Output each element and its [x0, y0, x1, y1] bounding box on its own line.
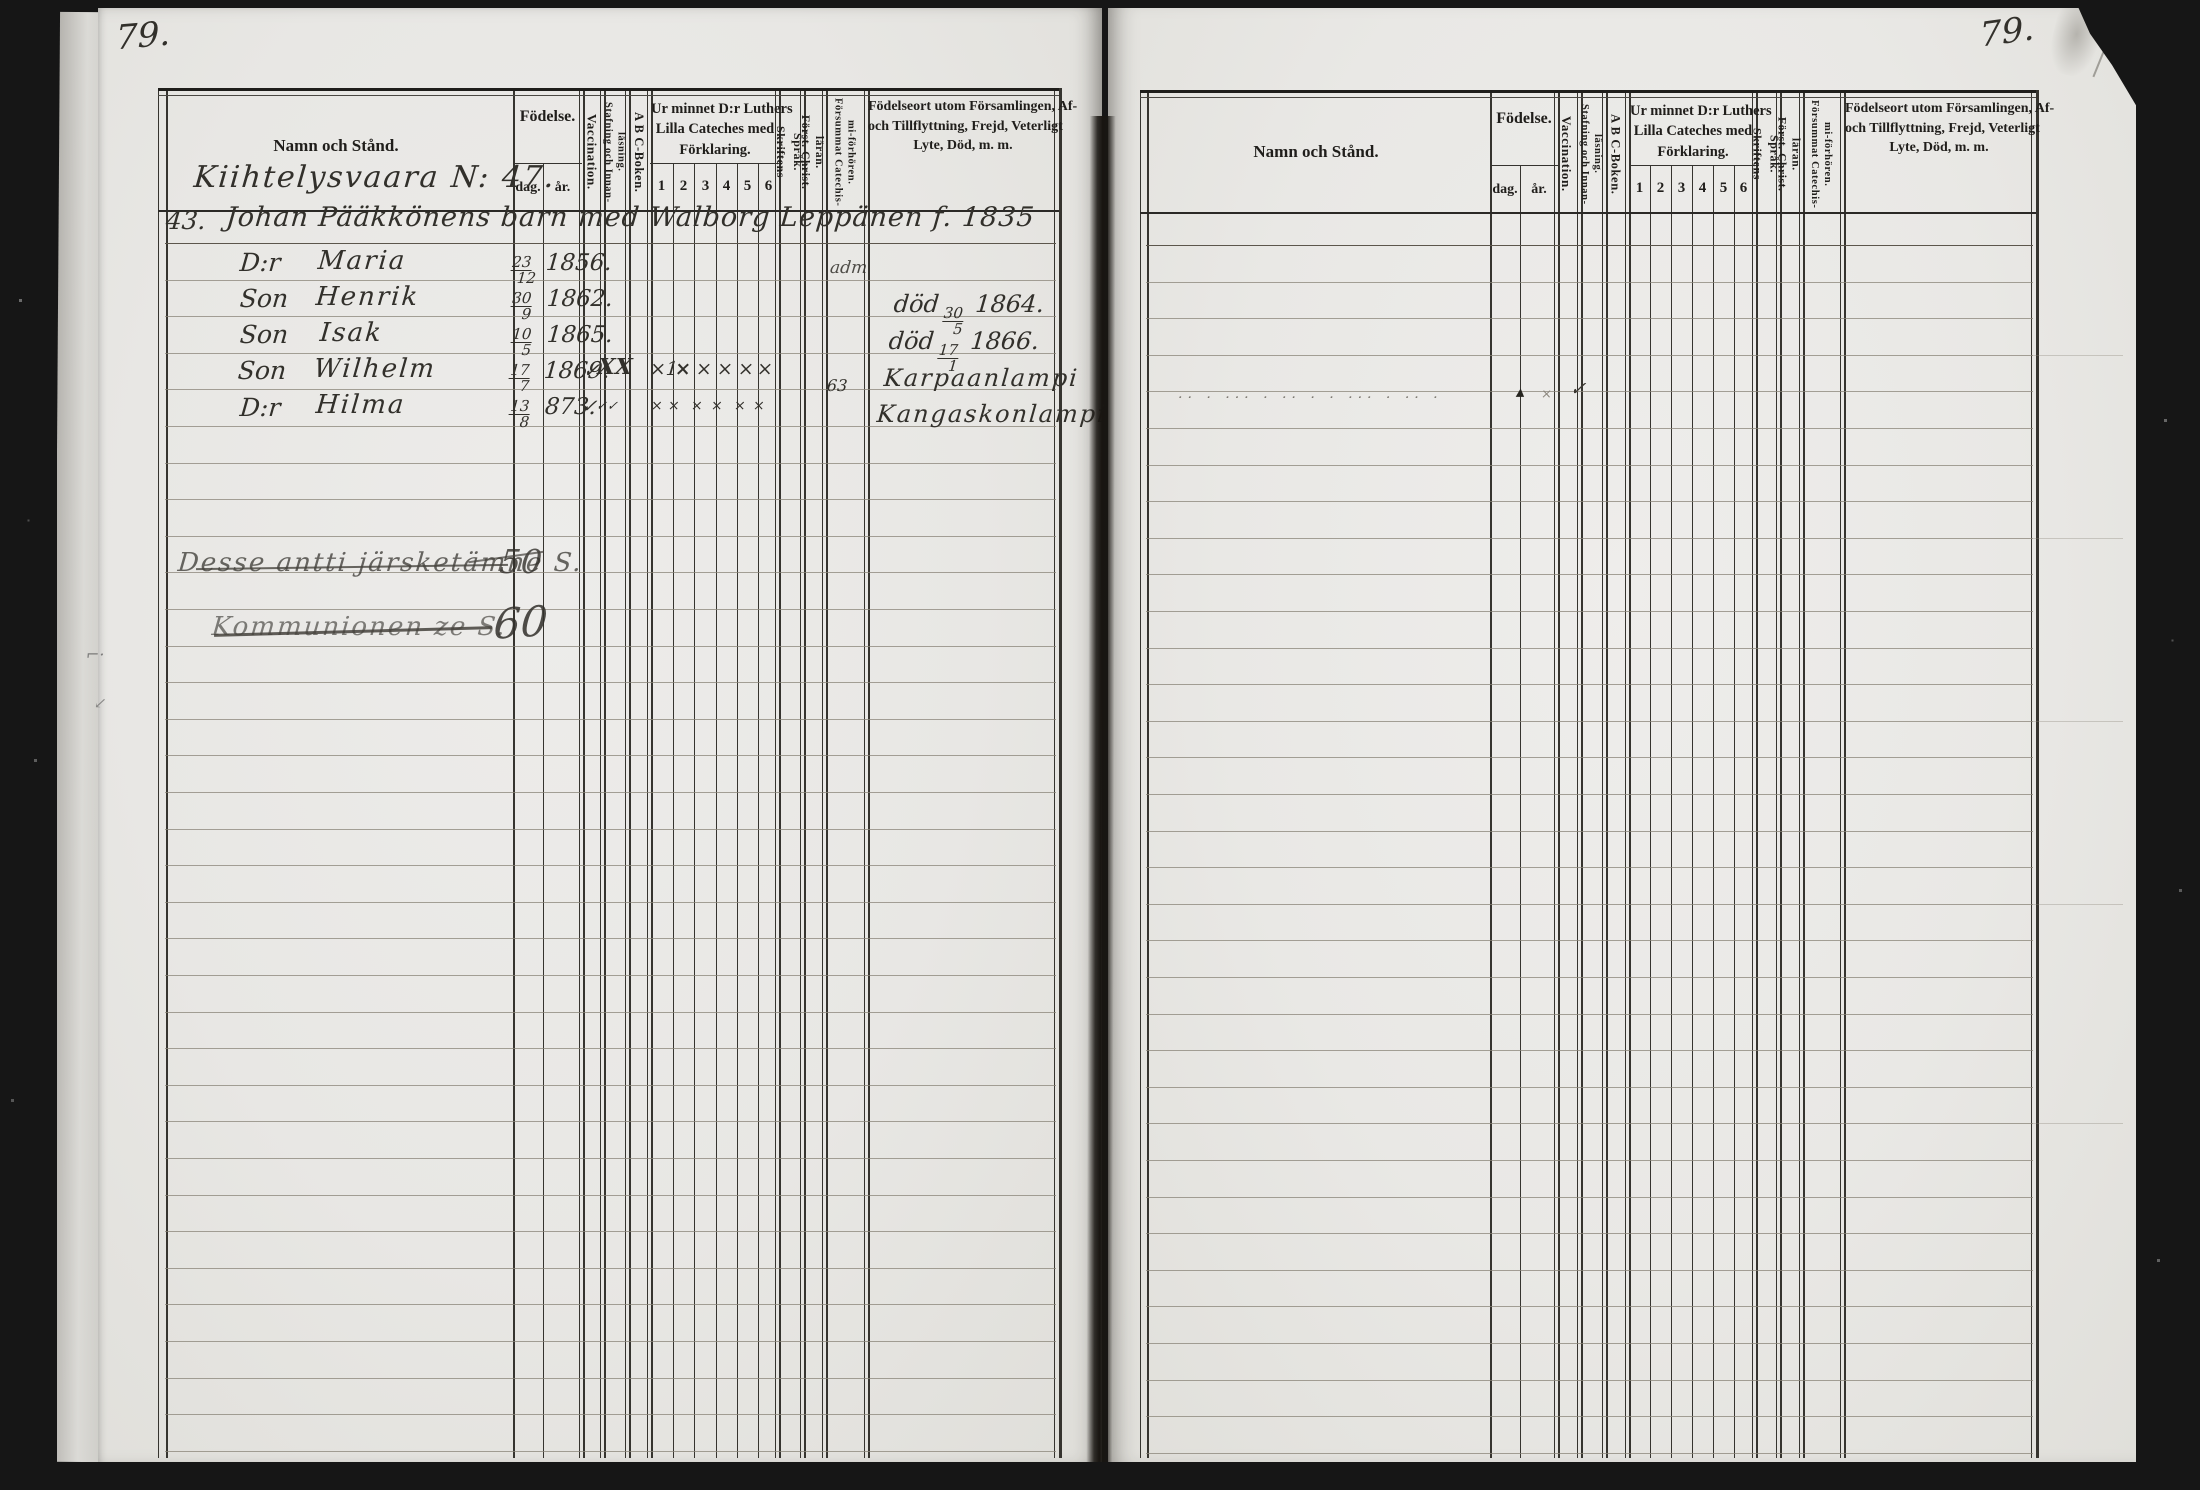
- vaccination-label: Vaccination.: [1558, 116, 1574, 192]
- family-number: 43.: [165, 206, 207, 235]
- col-header-fodelseort-left: Födelseort utom Församlingen, Af- och Ti…: [868, 97, 1058, 156]
- grid-line: [1146, 1453, 2033, 1454]
- grid-line: [165, 1231, 1056, 1232]
- note-place-hilma: Kangaskonlampi: [876, 400, 1108, 428]
- grid-line: [1146, 1160, 2033, 1161]
- struck-note-1-number: 50: [498, 542, 543, 581]
- stafning-label-1: Stafning och Innan-: [603, 102, 614, 203]
- grid-line: [1146, 1380, 2033, 1381]
- forsummat-label-2: mi-förhören.: [1822, 122, 1833, 186]
- grid-line: [165, 975, 1056, 976]
- grid-line: [1146, 574, 2033, 575]
- grid-line: [1054, 88, 1055, 1458]
- grid-line: [165, 938, 1056, 939]
- fodelseort-line1: Födelseort utom Församlingen, Af-: [868, 97, 1058, 117]
- grid-line: [1146, 757, 2033, 758]
- grid-line: [2033, 355, 2123, 356]
- grid-line: [165, 243, 1056, 244]
- col-header-namn-right: Namn och Stånd.: [1142, 142, 1490, 162]
- grid-line: [1146, 794, 2033, 795]
- grid-line: [1692, 165, 1693, 1458]
- grid-line: [165, 1304, 1056, 1305]
- cat-mark: ×: [737, 358, 755, 380]
- cat-mark: ×: [710, 398, 723, 414]
- skriftens-label-1: Skriftens: [1750, 128, 1765, 180]
- grid-line: [1602, 90, 1603, 1458]
- grid-line: [165, 1195, 1056, 1196]
- cat-col-5-left: 5: [736, 178, 759, 195]
- grid-line: [165, 280, 1056, 281]
- col-header-fodelseort-right: Födelseort utom Församlingen, Af- och Ti…: [1845, 99, 2033, 158]
- row-birth-date: 105: [512, 318, 537, 358]
- grid-line: [165, 646, 1056, 647]
- urminnet-line3: Förklaring.: [651, 140, 779, 160]
- col-header-urminnet-left: Ur minnet D:r Luthers Lilla Cateches med…: [651, 99, 779, 160]
- fodelseort-line3: Lyte, Död, m. m.: [1845, 138, 2033, 158]
- forst-label-1: Först. Christ.: [799, 115, 811, 190]
- grid-line: [165, 1121, 1056, 1122]
- grid-line: [158, 88, 159, 1458]
- cat-mark: ×: [695, 358, 713, 380]
- grid-line: [650, 163, 779, 164]
- grid-line: [165, 463, 1056, 464]
- row-birth-year: 1862.: [546, 286, 614, 312]
- grid-line: [2033, 721, 2123, 722]
- grid-line: [1671, 165, 1672, 1458]
- grid-line: [1840, 90, 1841, 1458]
- grid-line: [1146, 282, 2033, 283]
- cat-col-2-left: 2: [672, 178, 695, 195]
- grid-line: [165, 1414, 1056, 1415]
- grid-line: [165, 1451, 1056, 1452]
- col-header-dag-right: dag.: [1490, 182, 1520, 198]
- grid-line: [716, 163, 717, 1458]
- margin-mark-2: ↙: [93, 694, 107, 712]
- grid-line: [166, 88, 168, 1458]
- cat-col-4-left: 4: [715, 178, 738, 195]
- grid-line: [2033, 904, 2123, 905]
- col-header-forst-right: Först. Christ. läran.: [1775, 98, 1802, 210]
- village-title-handwritten: Kiihtelysvaara N: 47.: [192, 160, 557, 195]
- forsummat-label-1: Försummat Catechis-: [1809, 100, 1820, 209]
- grid-line: [1520, 165, 1521, 1458]
- grid-line: [1799, 90, 1800, 1458]
- grid-line: [1713, 165, 1714, 1458]
- grid-line: [1650, 165, 1651, 1458]
- grid-line: [165, 1048, 1056, 1049]
- grid-line: [1146, 904, 2033, 905]
- grid-line: [1581, 90, 1583, 1458]
- grid-line: [165, 829, 1056, 830]
- grid-line: [2036, 90, 2039, 1458]
- fodelseort-line1: Födelseort utom Församlingen, Af-: [1845, 99, 2033, 119]
- cat-mark: ×: [733, 398, 746, 414]
- grid-line: [1146, 1014, 2033, 1015]
- row-name: Wilhelm: [313, 354, 438, 384]
- cat-mark: ×: [674, 358, 692, 380]
- row-birth-year: 1856.: [545, 250, 613, 276]
- grid-line: [165, 1085, 1056, 1086]
- grid-line: [775, 88, 776, 1458]
- col-header-forsummat-left: Försummat Catechis- mi-förhören.: [822, 96, 867, 208]
- abc-label: A B C-Boken.: [1608, 114, 1623, 194]
- grid-line: [1146, 1123, 2033, 1124]
- row-name: Isak: [319, 318, 384, 348]
- fodelseort-line2: och Tillflyttning, Frejd, Veterligt: [868, 117, 1058, 137]
- grid-line: [543, 163, 544, 1458]
- grid-line: [1554, 90, 1555, 1458]
- grid-line: [1734, 165, 1735, 1458]
- gutter-shadow: [1086, 116, 1116, 1468]
- grid-line: [1146, 611, 2033, 612]
- grid-line: [1803, 90, 1805, 1458]
- urminnet-line1: Ur minnet D:r Luthers: [651, 99, 779, 119]
- forsummat-value: 63: [826, 376, 848, 395]
- fodelseort-line2: och Tillflyttning, Frejd, Veterligt: [1845, 119, 2033, 139]
- grid-line: [2033, 1123, 2123, 1124]
- grid-line: [165, 536, 1056, 537]
- row-name: Maria: [317, 246, 408, 276]
- col-header-fodelse-right: Födelse.: [1490, 110, 1558, 128]
- faint-offset-scribble: ·· · ··· · ·· · · ··· · ·· ·: [1177, 390, 1443, 406]
- grid-line: [779, 88, 781, 1458]
- scanned-book-spread: 79. Namn och Stånd. Kiihtelysvaara N: 47…: [0, 0, 2200, 1490]
- grid-line: [1146, 831, 2033, 832]
- grid-line: [165, 719, 1056, 720]
- grid-line: [1146, 1197, 2033, 1198]
- grid-line: [804, 88, 806, 1458]
- grid-line: [1146, 428, 2033, 429]
- grid-line: [1146, 465, 2033, 466]
- grid-line: [1625, 90, 1626, 1458]
- row-rel: Son: [239, 320, 290, 349]
- struck-note-2-number: 60: [492, 596, 549, 649]
- grid-line: [1776, 90, 1777, 1458]
- col-header-namn-left: Namn och Stånd.: [160, 136, 512, 156]
- stafning-mark: ✓✓: [595, 399, 618, 414]
- grid-line: [822, 88, 823, 1458]
- grid-line: [651, 88, 653, 1458]
- cat-mark: ×: [650, 398, 663, 414]
- grid-line: [158, 88, 1059, 91]
- grid-line: [1629, 90, 1631, 1458]
- grid-line: [165, 682, 1056, 683]
- left-folio-number: 79.: [116, 14, 170, 59]
- forst-label-1: Först. Christ.: [1776, 117, 1788, 192]
- cat-col-5-right: 5: [1713, 180, 1734, 197]
- grid-line: [1146, 1233, 2033, 1234]
- row-birth-date: 177: [510, 354, 535, 394]
- forsummat-label-1: Försummat Catechis-: [833, 98, 844, 207]
- grid-line: [165, 609, 1056, 610]
- grid-line: [165, 755, 1056, 756]
- cat-col-3-left: 3: [694, 178, 717, 195]
- forsummat-label-2: mi-förhören.: [846, 120, 857, 184]
- faint-mark-check: ✓: [1569, 378, 1587, 400]
- row-rel: D:r: [239, 393, 282, 422]
- grid-line: [1146, 318, 2033, 319]
- grid-line: [165, 1158, 1056, 1159]
- urminnet-line2: Lilla Cateches med: [651, 119, 779, 139]
- grid-line: [165, 792, 1056, 793]
- grid-line: [1140, 212, 2036, 214]
- grid-line: [1146, 1050, 2033, 1051]
- grid-line: [1146, 1087, 2033, 1088]
- grid-line: [1146, 501, 2033, 502]
- cat-col-3-right: 3: [1671, 180, 1692, 197]
- grid-line: [1490, 90, 1492, 1458]
- skriftens-label-1: Skriftens: [773, 126, 788, 178]
- grid-line: [629, 88, 631, 1458]
- cat-mark: ×: [667, 398, 680, 414]
- grid-line: [1490, 165, 1558, 166]
- row-name: Henrik: [315, 282, 421, 312]
- grid-line: [1752, 90, 1753, 1458]
- col-header-ar-right: år.: [1520, 182, 1558, 198]
- grid-line: [1780, 90, 1782, 1458]
- scan-border-right: [2136, 0, 2200, 1490]
- birth-month: 8: [519, 415, 530, 430]
- grid-line: [165, 1268, 1056, 1269]
- grid-line: [647, 88, 648, 1458]
- urminnet-line1: Ur minnet D:r Luthers: [1630, 101, 1756, 121]
- grid-line: [1146, 1343, 2033, 1344]
- grid-line: [1146, 648, 2033, 649]
- grid-line: [800, 88, 801, 1458]
- row-rel: Son: [237, 356, 288, 385]
- cat-mark: ×: [756, 358, 774, 380]
- row-name: Hilma: [315, 390, 407, 420]
- grid-line: [1146, 684, 2033, 685]
- grid-line: [165, 1378, 1056, 1379]
- cat-mark: ×: [752, 398, 765, 414]
- grid-line: [826, 88, 828, 1458]
- grid-line: [1756, 90, 1758, 1458]
- grid-line: [1146, 1416, 2033, 1417]
- grid-line: [2031, 90, 2032, 1458]
- row-rel: D:r: [239, 248, 282, 277]
- grid-line: [165, 499, 1056, 500]
- grid-line: [625, 88, 626, 1458]
- death-year: 1866.: [969, 327, 1040, 355]
- grid-line: [165, 902, 1056, 903]
- cat-col-1-left: 1: [650, 178, 673, 195]
- family-head-entry: Johan Pääkkönens barn med Walborg Leppän…: [225, 202, 1037, 233]
- cat-col-1-right: 1: [1629, 180, 1650, 197]
- grid-line: [1140, 90, 1141, 1458]
- cat-mark: ×: [716, 358, 734, 380]
- cat-col-2-right: 2: [1650, 180, 1671, 197]
- row-rel: Son: [239, 284, 290, 313]
- stafning-mark: XX: [597, 354, 633, 380]
- grid-line: [1558, 90, 1560, 1458]
- col-header-urminnet-right: Ur minnet D:r Luthers Lilla Cateches med…: [1630, 101, 1756, 162]
- row-birth-date: 138: [510, 390, 535, 430]
- row-birth-date: 309: [512, 282, 537, 322]
- scan-border-bottom: [0, 1462, 2200, 1490]
- fodelseort-line3: Lyte, Död, m. m.: [868, 136, 1058, 156]
- grid-line: [694, 163, 695, 1458]
- cat-col-4-right: 4: [1692, 180, 1713, 197]
- grid-line: [1577, 90, 1578, 1458]
- grid-line: [2033, 538, 2123, 539]
- cat-mark: ×: [690, 398, 703, 414]
- grid-line: [1146, 1270, 2033, 1271]
- margin-mark-1: ⌐·: [85, 645, 105, 664]
- grid-line: [1146, 940, 2033, 941]
- grid-line: [1059, 88, 1062, 1458]
- grid-line: [1146, 721, 2033, 722]
- dust-specks: [0, 0, 1, 1]
- grid-line: [1606, 90, 1608, 1458]
- note-place-wilhelm: Karpaanlampi: [883, 364, 1080, 392]
- stafning-label-1: Stafning och Innan-: [1579, 104, 1590, 205]
- grid-line: [1140, 90, 2036, 93]
- row-birth-year: 1865.: [546, 322, 614, 348]
- grid-line: [1629, 165, 1756, 166]
- grid-line: [737, 163, 738, 1458]
- grid-line: [1146, 355, 2033, 356]
- col-header-forsummat-right: Försummat Catechis- mi-förhören.: [1799, 98, 1843, 210]
- vaccination-label: Vaccination.: [584, 114, 600, 190]
- grid-line: [1146, 867, 2033, 868]
- col-header-fodelse-left: Födelse.: [513, 108, 582, 126]
- grid-line: [165, 865, 1056, 866]
- death-word: död: [888, 327, 936, 355]
- row-birth-date: 2312: [512, 246, 537, 286]
- death-word: död: [893, 290, 941, 318]
- col-header-abc-right: A B C-Boken.: [1601, 98, 1629, 210]
- grid-line: [1844, 90, 1846, 1458]
- urminnet-line2: Lilla Cateches med: [1630, 121, 1756, 141]
- col-header-vaccination-right: Vaccination.: [1554, 98, 1578, 210]
- scan-border-left: [0, 0, 57, 1490]
- urminnet-line3: Förklaring.: [1630, 142, 1756, 162]
- faint-mark-triangle: ▴: [1515, 382, 1525, 402]
- grid-line: [1146, 977, 2033, 978]
- grid-line: [1146, 538, 2033, 539]
- right-folio-number: 79.: [1979, 8, 2035, 55]
- col-header-abc-left: A B C-Boken.: [625, 96, 652, 208]
- scan-border-top: [0, 0, 2200, 8]
- grid-line: [1146, 1306, 2033, 1307]
- grid-line: [165, 1341, 1056, 1342]
- abc-label: A B C-Boken.: [631, 112, 646, 192]
- grid-line: [1146, 245, 2033, 246]
- grid-line: [864, 88, 865, 1458]
- grid-line: [165, 1012, 1056, 1013]
- death-year: 1864.: [974, 290, 1045, 318]
- grid-line: [868, 88, 870, 1458]
- faint-mark-x: ×: [1540, 387, 1552, 402]
- cat-col-6-right: 6: [1733, 180, 1754, 197]
- note-adm: adm: [829, 258, 868, 278]
- grid-line: [1147, 90, 1149, 1458]
